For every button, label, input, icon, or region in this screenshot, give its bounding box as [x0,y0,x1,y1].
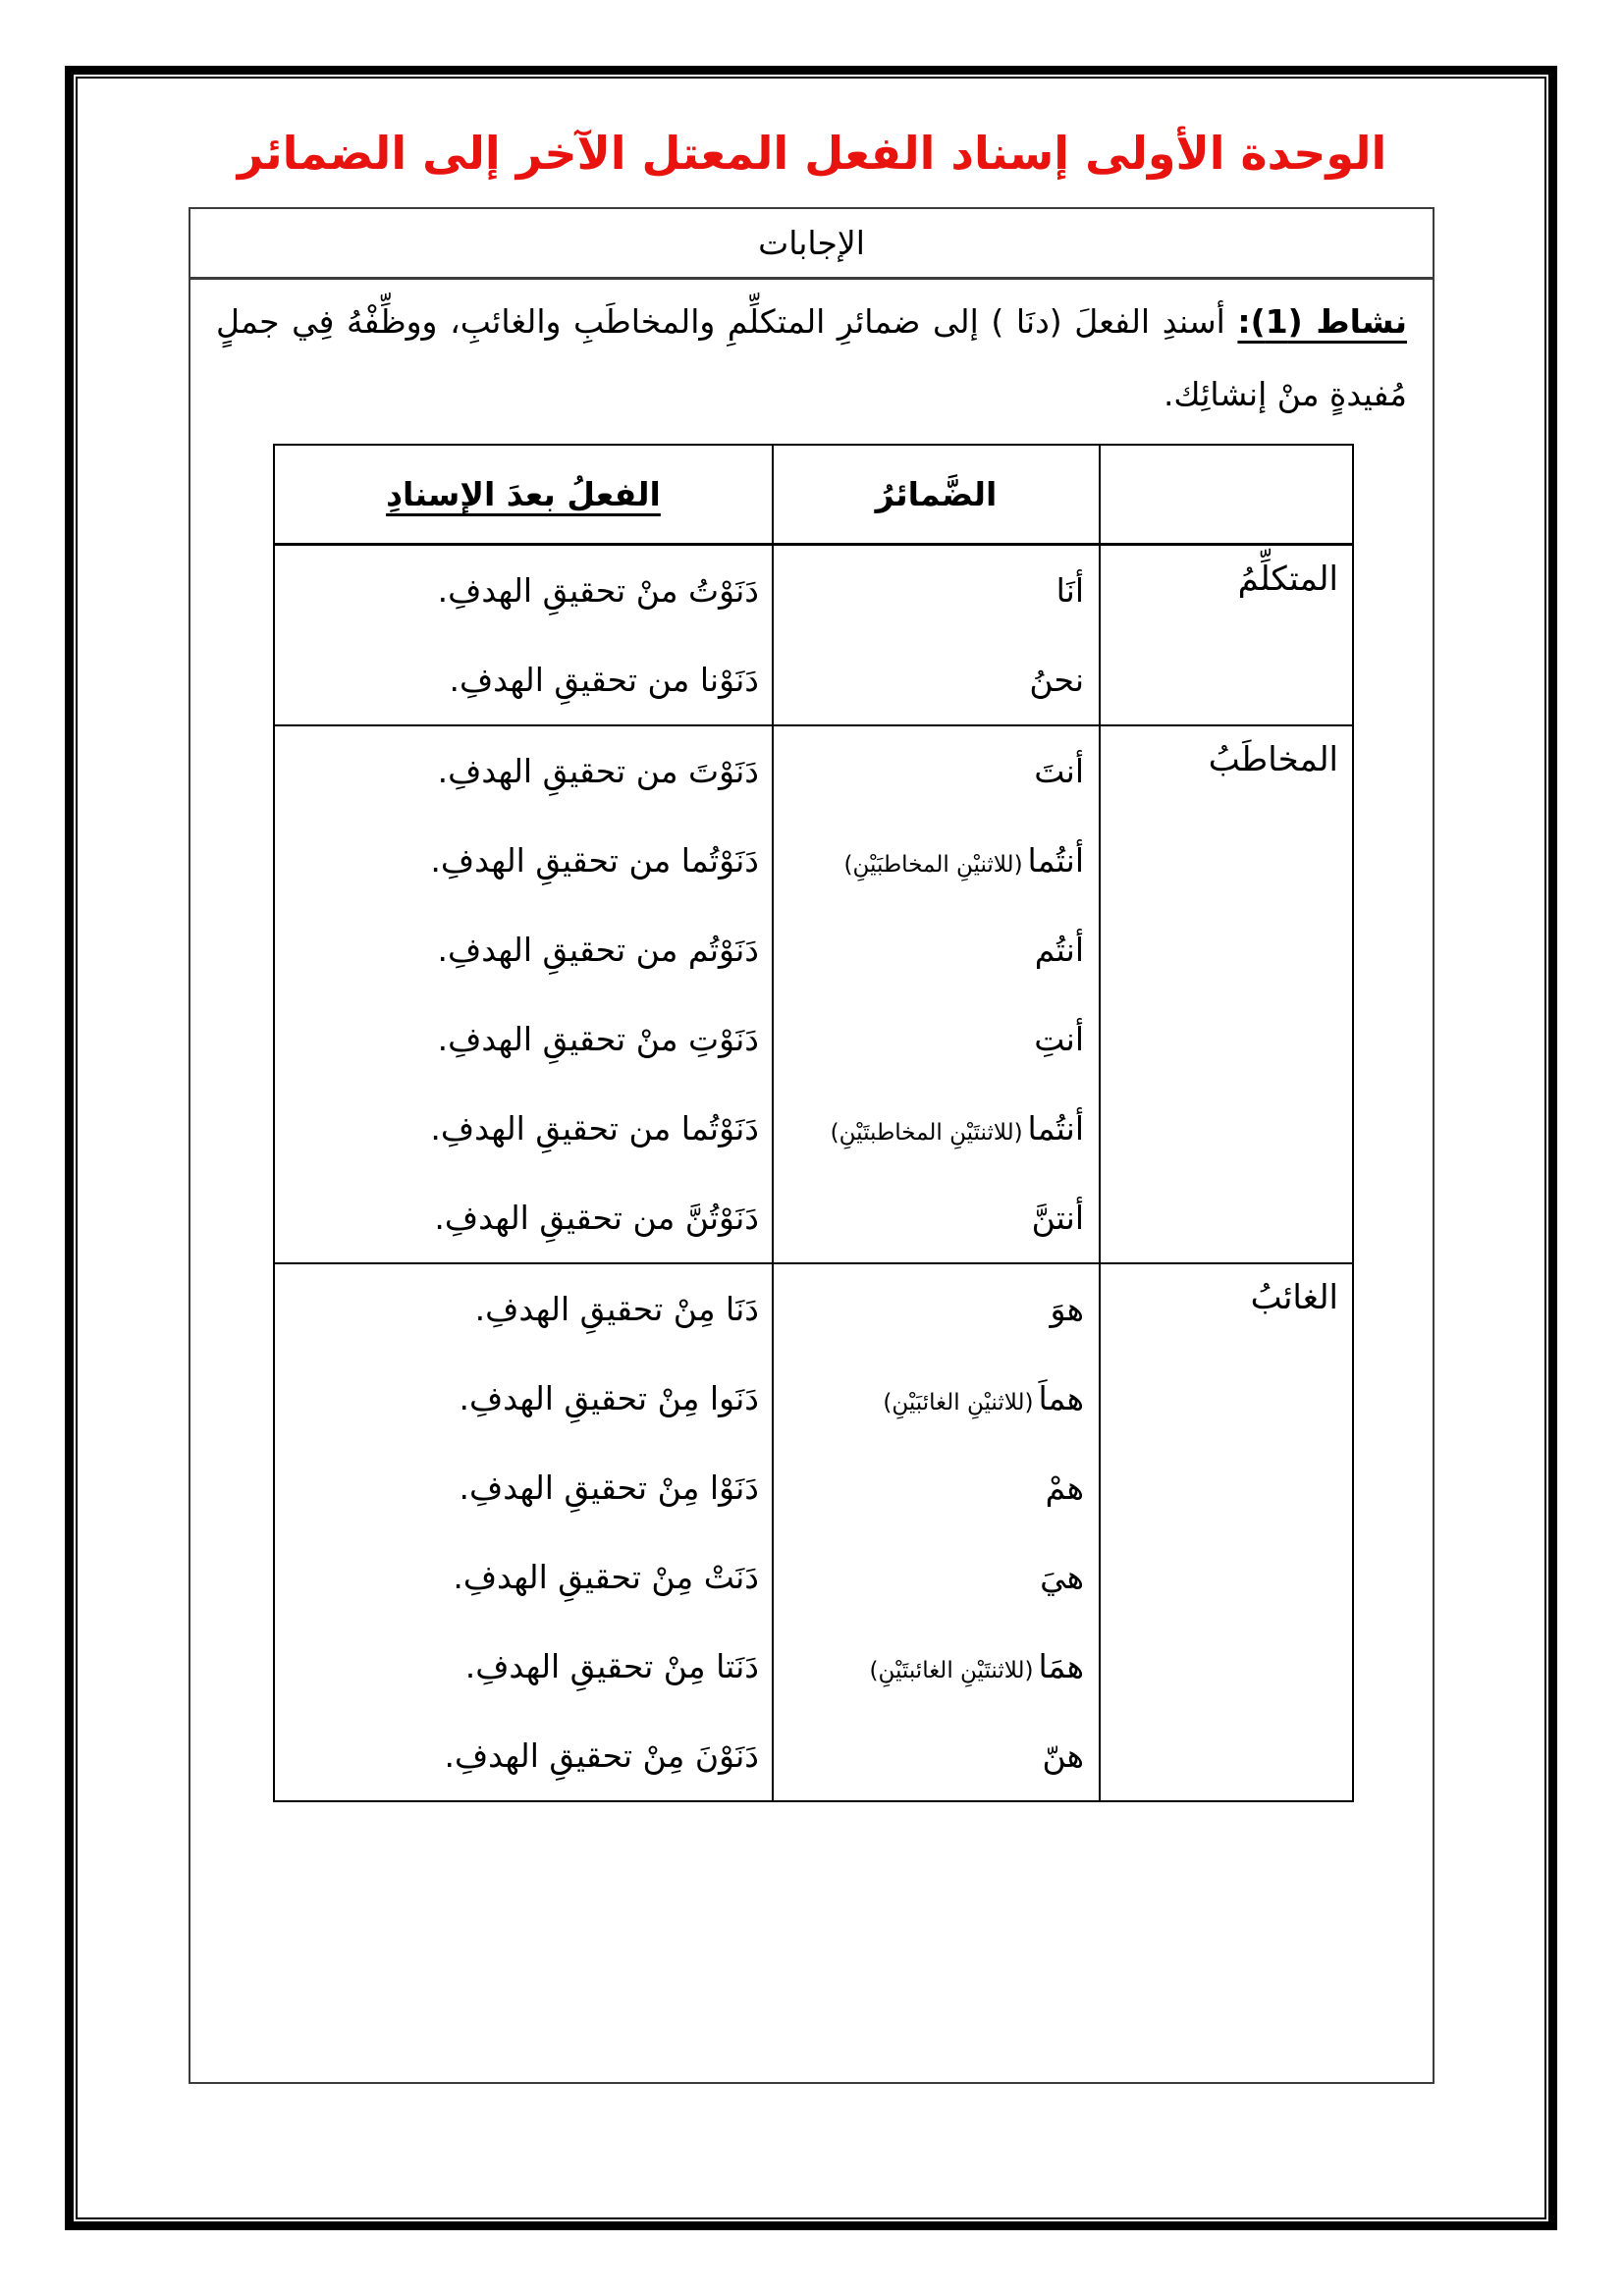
pronoun-line: همَا(للاثنتَيْنِ الغائبتَيْنِ) [774,1622,1099,1711]
pronoun-line: أنتُم [774,905,1099,994]
verb-sentence-line: دَنَوْتُ منْ تحقيقِ الهدفِ. [275,546,772,635]
pronoun-note: (للاثنتَيْنِ المخاطبتَيْنِ) [831,1120,1023,1146]
verb-sentence-line: دَنَتْ مِنْ تحقيقِ الهدفِ. [275,1532,772,1622]
pronoun-note: (للاثنيْنِ الغائبَيْنِ) [883,1390,1033,1415]
pronoun-text: همَا [1038,1647,1084,1685]
verb-sentence-line: دَنَوا مِنْ تحقيقِ الهدفِ. [275,1354,772,1443]
pronoun-line: هوَ [774,1264,1099,1354]
pronoun-line: هماَ(للاثنيْنِ الغائبَيْنِ) [774,1354,1099,1443]
verbs-cell: دَنَوْتُ منْ تحقيقِ الهدفِ.دَنَوْنا من ت… [274,544,773,725]
pronoun-note: (للاثنيْنِ المخاطبَيْنِ) [844,852,1023,878]
pronoun-line: هنّ [774,1711,1099,1800]
page-title: الوحدة الأولى إسناد الفعل المعتل الآخر إ… [0,114,1624,192]
activity-line-2: مُفيدةٍ منْ إنشائِك. [216,358,1407,431]
verb-sentence-line: دَنَوْنا من تحقيقِ الهدفِ. [275,635,772,724]
pronoun-text: هوَ [1051,1290,1084,1328]
pronoun-text: هيَ [1040,1558,1084,1596]
verb-sentence-line: دَنَوْنَ مِنْ تحقيقِ الهدفِ. [275,1711,772,1800]
conjugation-table: الضَّمائرُ الفعلُ بعدَ الإسنادِ المتكلِّ… [273,444,1354,1802]
pronoun-text: أنتِ [1034,1020,1084,1058]
pronoun-line: نحنُ [774,635,1099,724]
verb-sentence-line: دَنَوْتَ من تحقيقِ الهدفِ. [275,726,772,816]
verb-sentence-line: دَنَوْتُم من تحقيقِ الهدفِ. [275,905,772,994]
pronoun-text: أنتُم [1035,931,1084,969]
pronoun-line: أنتَ [774,726,1099,816]
category-cell: المخاطَبُ [1100,725,1353,1263]
pronoun-text: أنَا [1056,571,1084,610]
activity-text: أسندِ الفعلَ (دنَا ) إلى ضمائرِ المتكلِّ… [216,302,1237,341]
table-section-row: المخاطَبُأنتَأنتُما(للاثنيْنِ المخاطبَيْ… [274,725,1353,1263]
header-category [1100,445,1353,544]
verb-sentence-line: دَنَتا مِنْ تحقيقِ الهدفِ. [275,1622,772,1711]
pronoun-line: هيَ [774,1532,1099,1622]
answers-header: الإجابات [190,209,1433,280]
pronoun-line: همْ [774,1443,1099,1532]
table-header-row: الضَّمائرُ الفعلُ بعدَ الإسنادِ [274,445,1353,544]
pronoun-line: أنتُما(للاثنيْنِ المخاطبَيْنِ) [774,816,1099,905]
header-verb: الفعلُ بعدَ الإسنادِ [274,445,773,544]
table-section-row: الغائبُهوَهماَ(للاثنيْنِ الغائبَيْنِ)همْ… [274,1263,1353,1801]
table-section-row: المتكلِّمُأنَانحنُدَنَوْتُ منْ تحقيقِ ال… [274,544,1353,725]
pronoun-text: أنتَ [1034,752,1084,790]
header-pronouns: الضَّمائرُ [773,445,1100,544]
worksheet-page: الوحدة الأولى إسناد الفعل المعتل الآخر إ… [0,0,1624,2296]
pronoun-line: أنتنَّ [774,1173,1099,1262]
pronoun-line: أنتِ [774,994,1099,1084]
pronoun-text: هنّ [1042,1736,1084,1775]
verb-sentence-line: دَنَوْتُنَّ من تحقيقِ الهدفِ. [275,1173,772,1262]
pronoun-line: أنتُما(للاثنتَيْنِ المخاطبتَيْنِ) [774,1084,1099,1173]
content-box: الإجابات نشاط (1): أسندِ الفعلَ (دنَا ) … [189,207,1435,2084]
verb-sentence-line: دَنَوْتُما من تحقيقِ الهدفِ. [275,816,772,905]
pronoun-line: أنَا [774,546,1099,635]
verb-sentence-line: دَنَا مِنْ تحقيقِ الهدفِ. [275,1264,772,1354]
table-body: المتكلِّمُأنَانحنُدَنَوْتُ منْ تحقيقِ ال… [274,544,1353,1801]
activity-instructions: نشاط (1): أسندِ الفعلَ (دنَا ) إلى ضمائر… [190,280,1433,431]
pronouns-cell: هوَهماَ(للاثنيْنِ الغائبَيْنِ)همْهيَهمَا… [773,1263,1100,1801]
activity-line-1: نشاط (1): أسندِ الفعلَ (دنَا ) إلى ضمائر… [216,286,1407,358]
pronoun-text: نحنُ [1029,661,1084,699]
verb-sentence-line: دَنَوْتِ منْ تحقيقِ الهدفِ. [275,994,772,1084]
category-cell: المتكلِّمُ [1100,544,1353,725]
pronoun-text: هماَ [1038,1379,1084,1417]
verbs-cell: دَنَا مِنْ تحقيقِ الهدفِ.دَنَوا مِنْ تحق… [274,1263,773,1801]
pronoun-text: أنتُما [1028,1109,1084,1148]
verbs-cell: دَنَوْتَ من تحقيقِ الهدفِ.دَنَوْتُما من … [274,725,773,1263]
pronoun-text: أنتُما [1028,841,1084,880]
pronouns-cell: أنتَأنتُما(للاثنيْنِ المخاطبَيْنِ)أنتُمأ… [773,725,1100,1263]
pronouns-cell: أنَانحنُ [773,544,1100,725]
pronoun-text: همْ [1046,1468,1084,1507]
category-cell: الغائبُ [1100,1263,1353,1801]
activity-label: نشاط (1): [1237,302,1407,341]
pronoun-note: (للاثنتَيْنِ الغائبتَيْنِ) [870,1658,1034,1683]
verb-sentence-line: دَنَوْتُما من تحقيقِ الهدفِ. [275,1084,772,1173]
pronoun-text: أنتنَّ [1032,1199,1084,1237]
verb-sentence-line: دَنَوْا مِنْ تحقيقِ الهدفِ. [275,1443,772,1532]
